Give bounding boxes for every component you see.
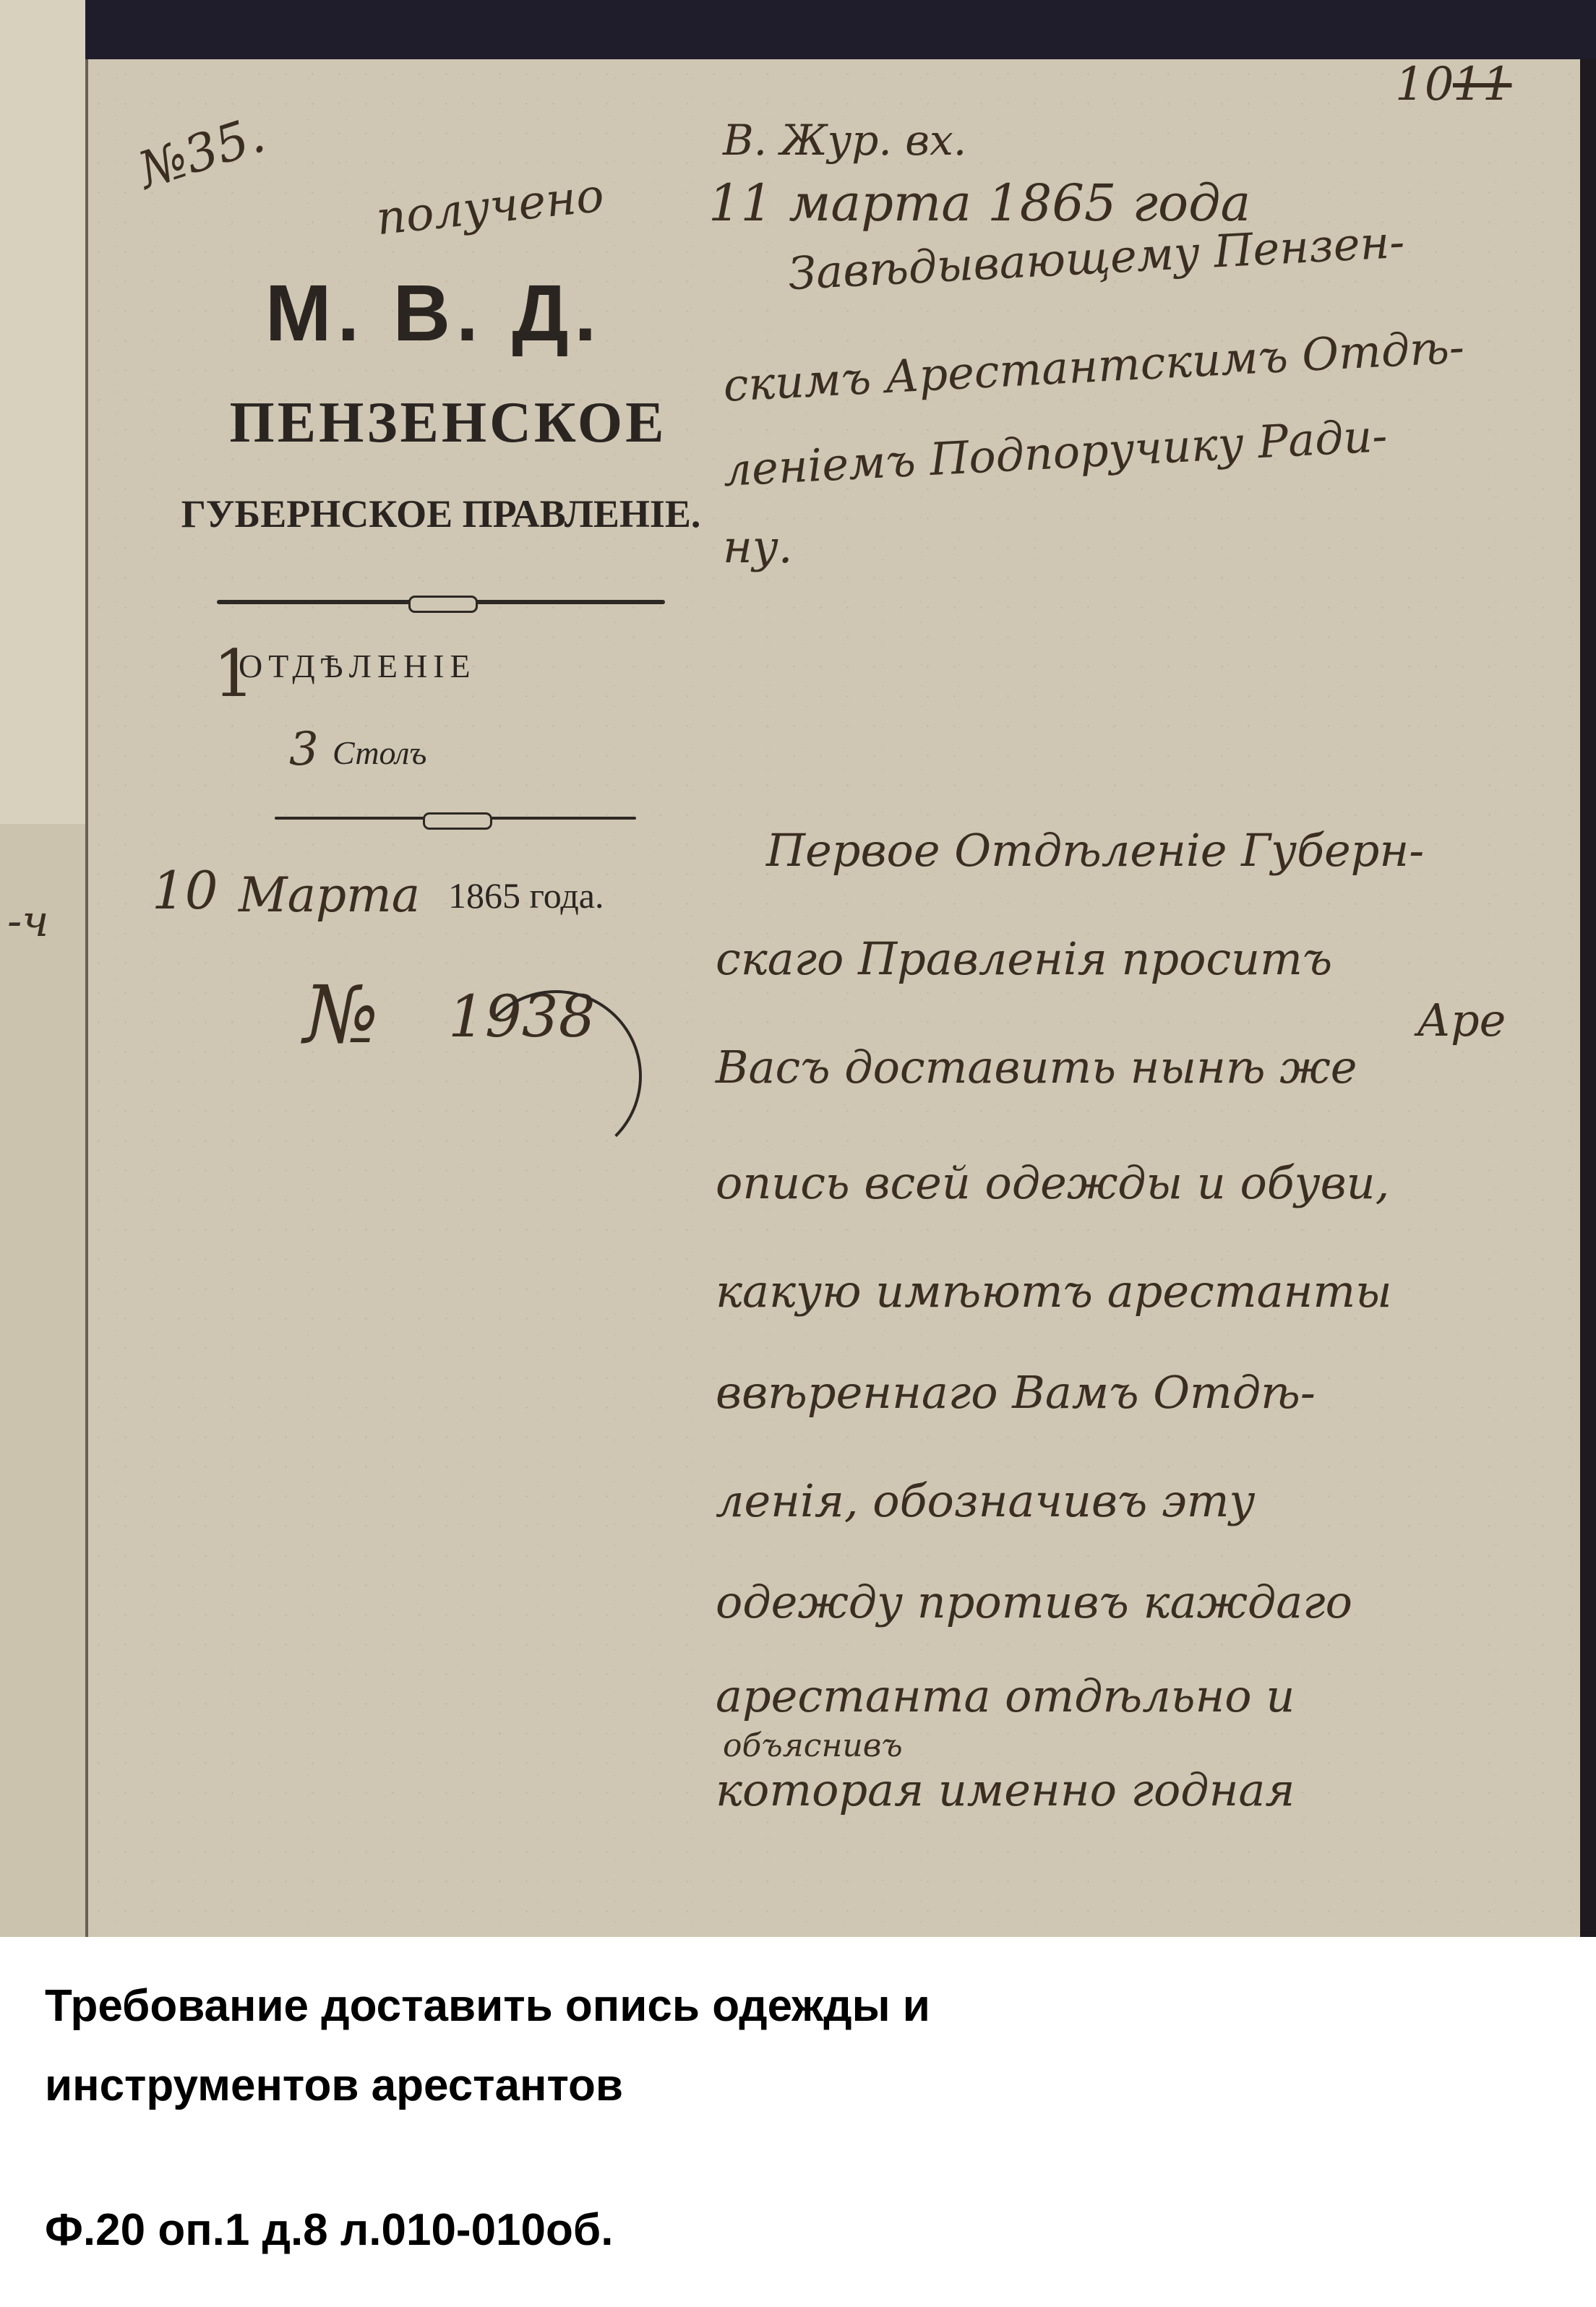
- caption-title-line-2: инструментов арестантов: [45, 2060, 623, 2111]
- binding-shadow: [1580, 59, 1596, 1937]
- body-line-8: одежду противъ каждаго: [716, 1576, 1352, 1628]
- margin-insert: Аре: [1417, 994, 1506, 1047]
- number-flourish: [470, 990, 642, 1162]
- body-line-2: скаго Правленія проситъ: [716, 932, 1332, 985]
- body-line-9: арестанта отдѣльно и: [716, 1670, 1295, 1722]
- body-line-1: Первое Отдѣленіе Губерн-: [766, 824, 1424, 877]
- body-line-3: Васъ доставить нынѣ же: [716, 1041, 1357, 1094]
- sheet-edge: [85, 59, 88, 1937]
- letterhead-divider-bottom: [275, 817, 636, 820]
- left-margin-fragment: -ч: [7, 896, 49, 947]
- body-line-5: какую имѣютъ арестанты: [716, 1265, 1392, 1318]
- adjacent-page-lower: [0, 824, 87, 1937]
- received-date: 11 марта 1865 года: [708, 173, 1250, 233]
- addressee-line-4: ну.: [723, 520, 793, 573]
- page-number-struck: 11: [1453, 58, 1511, 111]
- date-year: 1865 года.: [448, 875, 604, 916]
- province-heading: ПЕНЗЕНСКОЕ: [202, 390, 694, 456]
- registry-note: В. Жур. вх.: [723, 116, 966, 165]
- desk-number: 3: [289, 723, 319, 776]
- body-line-11: которая именно годная: [716, 1763, 1295, 1816]
- body-line-4: опись всей одежды и обуви,: [716, 1156, 1389, 1209]
- body-line-6: ввѣреннаго Вамъ Отдѣ-: [716, 1366, 1316, 1419]
- board-heading: ГУБЕРНСКОЕ ПРАВЛЕНІЕ.: [181, 491, 701, 536]
- body-line-10: объяснивъ: [723, 1727, 903, 1764]
- date-month: Марта: [239, 867, 420, 923]
- ministry-heading: М. В. Д.: [246, 267, 622, 359]
- body-line-7: ленія, обозначивъ эту: [716, 1474, 1256, 1527]
- archive-reference: Ф.20 оп.1 д.8 л.010-010об.: [45, 2204, 613, 2256]
- desk-label: Столъ: [332, 734, 426, 772]
- department-label: ОТДѢЛЕНІЕ: [239, 647, 476, 685]
- number-sign: №: [304, 968, 379, 1061]
- page-number: 10: [1395, 58, 1454, 111]
- document-scan: №35. получено 10 11 В. Жур. вх. 11 марта…: [0, 0, 1596, 1937]
- caption-title-line-1: Требование доставить опись одежды и: [45, 1980, 930, 2032]
- date-day: 10: [152, 860, 218, 921]
- letterhead-divider-top: [217, 600, 665, 604]
